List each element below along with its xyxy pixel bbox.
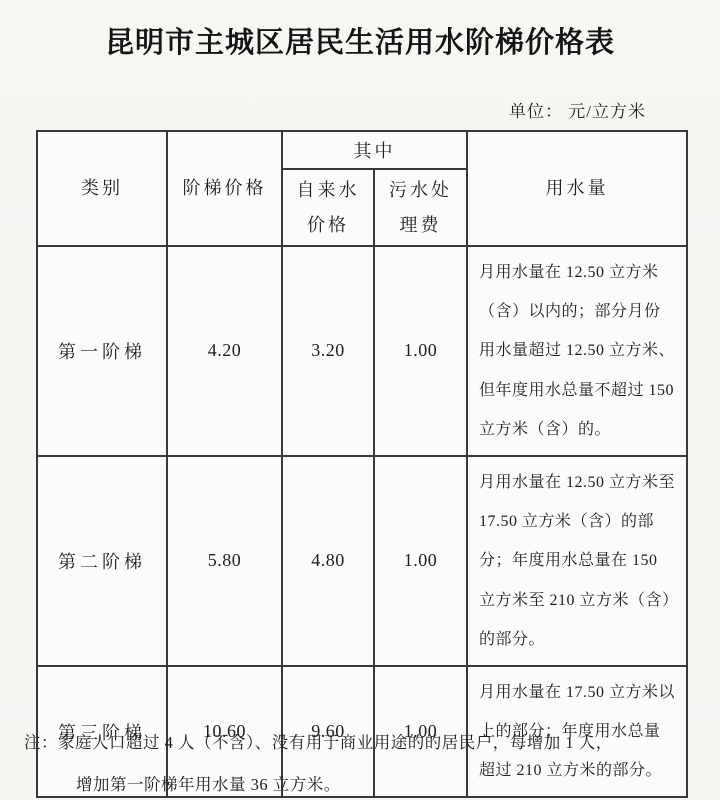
tier2-sewage: 1.00 — [374, 456, 467, 666]
tier1-usage-desc: 月用水量在 12.50 立方米（含）以内的；部分月份用水量超过 12.50 立方… — [467, 246, 687, 456]
tier1-category: 第一阶梯 — [37, 246, 167, 456]
header-tap-water-price: 自来水 价格 — [282, 169, 374, 246]
footnote: 注：家庭人口超过 4 人（不含）、没有用于商业用途的的居民户，每增加 1 人， … — [24, 722, 700, 800]
unit-label: 单位： 元/立方米 — [509, 97, 646, 122]
header-among-which: 其中 — [282, 131, 467, 169]
tier2-tap-price: 4.80 — [282, 456, 374, 666]
table-row-tier2: 第二阶梯 5.80 4.80 1.00 月用水量在 12.50 立方米至 17.… — [37, 456, 687, 666]
tier2-price: 5.80 — [167, 456, 282, 666]
header-tier-price: 阶梯价格 — [167, 131, 282, 246]
document-page: 昆明市主城区居民生活用水阶梯价格表 单位： 元/立方米 类别 阶梯价格 其中 用… — [0, 0, 720, 800]
header-category: 类别 — [37, 131, 167, 246]
footnote-line-1: 注：家庭人口超过 4 人（不含）、没有用于商业用途的的居民户，每增加 1 人， — [24, 722, 700, 764]
table-row-tier1: 第一阶梯 4.20 3.20 1.00 月用水量在 12.50 立方米（含）以内… — [37, 246, 687, 456]
page-title: 昆明市主城区居民生活用水阶梯价格表 — [0, 20, 720, 61]
tier2-category: 第二阶梯 — [37, 456, 167, 666]
footnote-line-2: 增加第一阶梯年用水量 36 立方米。 — [24, 764, 700, 800]
tier2-usage-desc: 月用水量在 12.50 立方米至 17.50 立方米（含）的部分；年度用水总量在… — [467, 456, 687, 666]
tier1-price: 4.20 — [167, 246, 282, 456]
tier1-sewage: 1.00 — [374, 246, 467, 456]
tier1-tap-price: 3.20 — [282, 246, 374, 456]
header-water-usage: 用水量 — [467, 131, 687, 246]
header-row-top: 类别 阶梯价格 其中 用水量 — [37, 131, 687, 169]
water-price-table: 类别 阶梯价格 其中 用水量 自来水 价格 污水处 理费 第一阶梯 4.20 3… — [36, 130, 688, 798]
header-sewage-fee: 污水处 理费 — [374, 169, 467, 246]
